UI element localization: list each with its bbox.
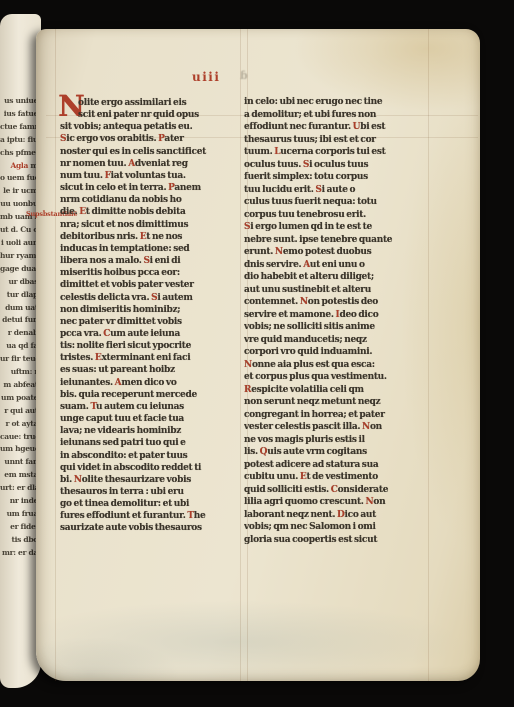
text-line: ua qd fa bbox=[0, 340, 38, 353]
text-line: contemnet. Non potestis deo bbox=[244, 296, 426, 309]
text-line: tis: nolite fieri sicut ypocrite bbox=[60, 340, 240, 352]
text-line: em msta bbox=[0, 469, 38, 482]
text-column-1: olite ergo assimilari eisscit eni pater … bbox=[60, 97, 240, 535]
chapter-numeral: uiii bbox=[192, 71, 220, 83]
text-line: tur dlap bbox=[0, 289, 38, 302]
left-page-fragments: us uniueius fatuectue famra iptu: fiuech… bbox=[0, 14, 41, 560]
text-line: libera nos a malo. Si eni di bbox=[60, 255, 240, 267]
text-line: non serunt neqz metunt neqz bbox=[244, 396, 426, 409]
text-line: bis. quia receperunt mercede bbox=[60, 389, 240, 401]
text-line: nebre sunt. ipse tenebre quante bbox=[244, 234, 426, 247]
text-line: um poate bbox=[0, 392, 38, 405]
text-line: sit vobis; antequa petatis eu. bbox=[60, 121, 240, 133]
text-line: dum uat bbox=[0, 302, 38, 315]
text-line: caue: true bbox=[0, 431, 38, 444]
text-line: r denali bbox=[0, 327, 38, 340]
text-line: scit eni pater nr quid opus bbox=[60, 109, 240, 121]
text-line: thesauros in terra : ubi eru bbox=[60, 486, 240, 498]
text-line: laborant neqz nent. Dico aut bbox=[244, 509, 426, 522]
text-line: gage duas bbox=[0, 263, 38, 276]
text-line: unnt fan bbox=[0, 456, 38, 469]
text-line: um frua bbox=[0, 508, 38, 521]
text-line: oculus tuus. Si oculus tuus bbox=[244, 159, 426, 172]
text-line: inducas in temptatione: sed bbox=[60, 243, 240, 255]
text-line: congregant in horrea; et pater bbox=[244, 409, 426, 422]
text-line: i uoli aun bbox=[0, 237, 38, 250]
text-line: ctue famr bbox=[0, 121, 38, 134]
text-line: tristes. Exterminant eni faci bbox=[60, 352, 240, 364]
text-line: r ot ayta bbox=[0, 418, 38, 431]
text-line: effodiunt nec furantur. Ubi est bbox=[244, 121, 426, 134]
pen-trial-mark: ɓ bbox=[240, 69, 248, 82]
text-line: vre quid manducetis; neqz bbox=[244, 334, 426, 347]
text-line: Sic ergo vos orabitis. Pater bbox=[60, 133, 240, 145]
text-line: tuum. Lucerna corporis tui est bbox=[244, 146, 426, 159]
text-line: in abscondito: et pater tuus bbox=[60, 450, 240, 462]
text-line: tuu lucidu erit. Si aute o bbox=[244, 184, 426, 197]
text-line: erunt. Nemo potest duobus bbox=[244, 246, 426, 259]
previous-leaf-edge: us uniueius fatuectue famra iptu: fiuech… bbox=[0, 14, 41, 688]
text-line: sicut in celo et in terra. Panem bbox=[60, 182, 240, 194]
ruling-line-vertical bbox=[428, 29, 429, 681]
text-line: quid solliciti estis. Considerate bbox=[244, 484, 426, 497]
text-line: aut unu sustinebit et alteru bbox=[244, 284, 426, 297]
text-line: um hgeue bbox=[0, 443, 38, 456]
text-line: ieiunantes. Amen dico vo bbox=[60, 377, 240, 389]
photo-backdrop: us uniueius fatuectue famra iptu: fiuech… bbox=[0, 0, 514, 707]
text-line: servire et mamone. Ideo dico bbox=[244, 309, 426, 322]
text-line: detui fun bbox=[0, 314, 38, 327]
text-line: nr nomen tuu. Adveniat reg bbox=[60, 158, 240, 170]
text-line: thesaurus tuus; ibi est et cor bbox=[244, 134, 426, 147]
ruling-line-vertical bbox=[240, 29, 241, 681]
text-column-2: in celo: ubi nec erugo nec tinea demolit… bbox=[244, 96, 426, 546]
text-line: lis. Quis aute vrm cogitans bbox=[244, 446, 426, 459]
text-line: fures effodiunt et furantur. The bbox=[60, 510, 240, 522]
text-line: hur ryam b bbox=[0, 250, 38, 263]
text-line: vester celestis pascit illa. Non bbox=[244, 421, 426, 434]
text-line: pcca vra. Cum aute ieiuna bbox=[60, 328, 240, 340]
text-line: mr: er da bbox=[0, 547, 38, 560]
text-line: tis dbo bbox=[0, 534, 38, 547]
text-line: lilia agri quomo crescunt. Non bbox=[244, 496, 426, 509]
text-line: lava; ne videaris hominibz bbox=[60, 425, 240, 437]
text-line: ur fir teuch bbox=[0, 353, 38, 366]
text-line: saurizate aute vobis thesauros bbox=[60, 522, 240, 534]
text-line: et corpus plus qua vestimentu. bbox=[244, 371, 426, 384]
text-line: corpori vro quid induamini. bbox=[244, 346, 426, 359]
text-line: vobis; ne solliciti sitis anime bbox=[244, 321, 426, 334]
text-line: uftm: r bbox=[0, 366, 38, 379]
ruling-line-vertical bbox=[55, 29, 56, 681]
text-line: in celo: ubi nec erugo nec tine bbox=[244, 96, 426, 109]
text-line: miseritis hoibus pcca eor: bbox=[60, 267, 240, 279]
text-line: es suas: ut pareant hoibz bbox=[60, 364, 240, 376]
text-line: a iptu: fiue bbox=[0, 134, 38, 147]
text-line: Si ergo lumen qd in te est te bbox=[244, 221, 426, 234]
text-line: ne vos magis pluris estis il bbox=[244, 434, 426, 447]
text-line: corpus tuu tenebrosu erit. bbox=[244, 209, 426, 222]
text-line: debitoribus nris. Et ne nos bbox=[60, 231, 240, 243]
text-line: die. Et dimitte nobis debita bbox=[60, 206, 240, 218]
text-line: Nonne aia plus est qua esca: bbox=[244, 359, 426, 372]
text-line: nra; sicut et nos dimittimus bbox=[60, 219, 240, 231]
text-line: non dimiseritis hominibz; bbox=[60, 304, 240, 316]
text-line: noster qui es in celis sanctificet bbox=[60, 146, 240, 158]
text-line: m abfeat bbox=[0, 379, 38, 392]
text-line: potest adicere ad statura sua bbox=[244, 459, 426, 472]
text-line: ius fatue bbox=[0, 108, 38, 121]
text-line: a demolitur; et ubi fures non bbox=[244, 109, 426, 122]
text-line: chs pfmet bbox=[0, 147, 38, 160]
text-line: ut d. Cu opt bbox=[0, 224, 38, 237]
text-line: gloria sua coopertis est sicut bbox=[244, 534, 426, 547]
text-line: nrm cotidianu da nobis ho bbox=[60, 194, 240, 206]
text-line: vobis; qm nec Salomon i omi bbox=[244, 521, 426, 534]
text-line: qui videt in abscodito reddet ti bbox=[60, 462, 240, 474]
text-line: cubitu unu. Et de vestimento bbox=[244, 471, 426, 484]
text-line: nr inde bbox=[0, 495, 38, 508]
text-line: urt: er dla bbox=[0, 482, 38, 495]
text-line: us uniue bbox=[0, 95, 38, 108]
text-line: celestis delicta vra. Si autem bbox=[60, 292, 240, 304]
text-line: num tuu. Fiat voluntas tua. bbox=[60, 170, 240, 182]
text-line: olite ergo assimilari eis bbox=[60, 97, 240, 109]
text-line: o uem fuet bbox=[0, 172, 38, 185]
text-line: Respicite volatilia celi qm bbox=[244, 384, 426, 397]
text-line: suam. Tu autem cu ieiunas bbox=[60, 401, 240, 413]
text-line: Agla m bbox=[0, 160, 38, 173]
text-line: fuerit simplex: totu corpus bbox=[244, 171, 426, 184]
text-line: culus tuus fuerit nequa: totu bbox=[244, 196, 426, 209]
text-line: go et tinea demolitur: et ubi bbox=[60, 498, 240, 510]
text-line: le ir ucm bbox=[0, 185, 38, 198]
text-line: unge caput tuu et facie tua bbox=[60, 413, 240, 425]
manuscript-page: uiii ɓ Supsb̄stantialē N olite ergo assi… bbox=[36, 29, 480, 681]
text-line: ieiunans sed patri tuo qui e bbox=[60, 437, 240, 449]
text-line: nec pater vr dimittet vobis bbox=[60, 316, 240, 328]
text-line: ur dbas bbox=[0, 276, 38, 289]
text-line: dio habebit et alteru diliget; bbox=[244, 271, 426, 284]
text-line: dimittet et vobis pater vester bbox=[60, 279, 240, 291]
text-line: bi. Nolite thesaurizare vobis bbox=[60, 474, 240, 486]
text-line: dnis servire. Aut eni unu o bbox=[244, 259, 426, 272]
text-line: er fidei bbox=[0, 521, 38, 534]
text-line: r qui aut bbox=[0, 405, 38, 418]
